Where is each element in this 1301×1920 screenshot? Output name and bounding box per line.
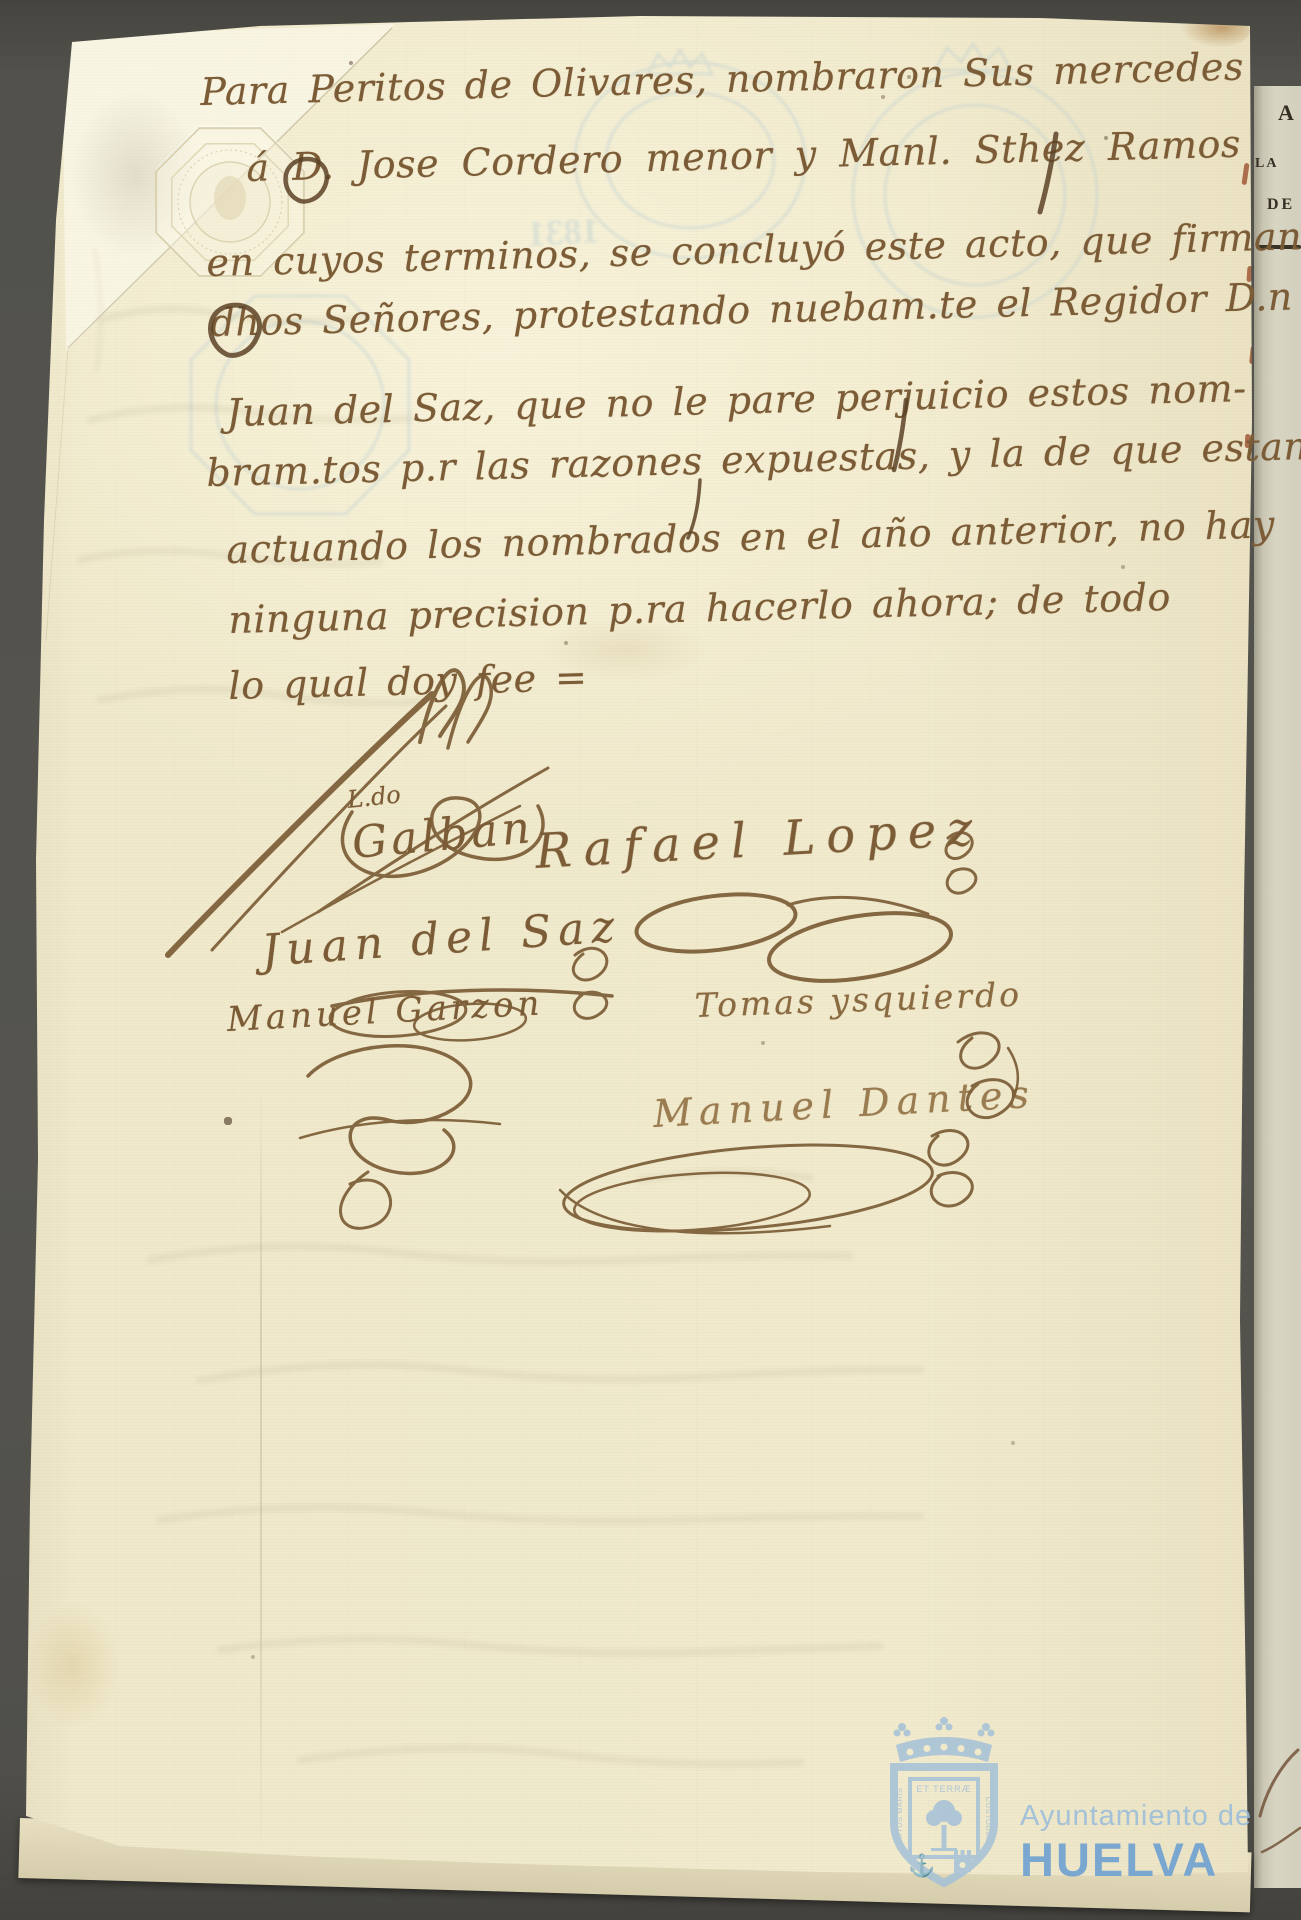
huelva-crest-icon: ET TERRÆ PORTUS MARIS CUSTODIA ⚓ — [884, 1714, 1004, 1896]
paper-stain — [70, 90, 200, 260]
crown-icon — [894, 1717, 995, 1762]
paper-stain — [26, 1600, 121, 1730]
manuscript-line: lo qual doy fee = — [228, 657, 588, 708]
adjacent-page-text-fragment: LA — [1255, 156, 1278, 172]
ink-specks — [0, 0, 2, 2]
paper-crease — [260, 1080, 262, 1860]
tree-icon — [926, 1800, 962, 1851]
watermark-org-name: HUELVA — [1020, 1832, 1218, 1887]
crest-motto-right: CUSTODIA — [984, 1797, 993, 1840]
archive-scan: A LA DE — [0, 0, 1301, 1920]
adjacent-page-text-fragment: DE — [1267, 196, 1295, 214]
watermark-org-line: Ayuntamiento de — [1020, 1800, 1252, 1833]
anchor-icon: ⚓ — [908, 1853, 935, 1878]
signature-title: L.do — [346, 780, 402, 813]
crest-motto-top: ET TERRÆ — [916, 1784, 971, 1794]
crest-motto-left: PORTUS MARIS — [895, 1788, 904, 1851]
adjacent-page-text-fragment: A — [1278, 100, 1294, 126]
tower-icon — [954, 1850, 971, 1872]
adjacent-page: A LA DE — [1254, 86, 1301, 1888]
paper-stain — [1180, 14, 1250, 48]
